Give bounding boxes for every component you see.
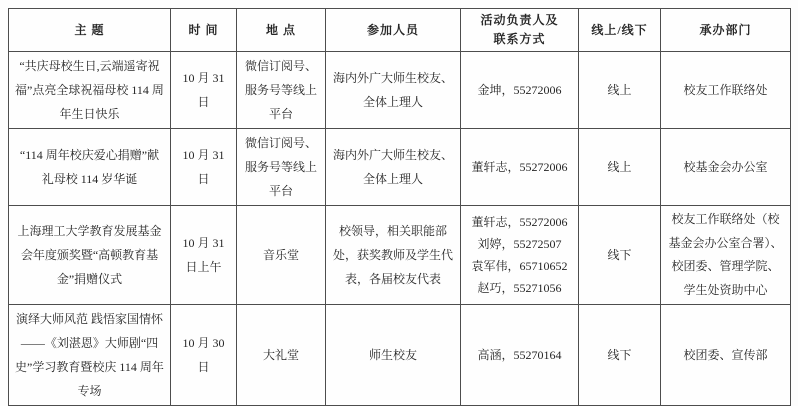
- cell-mode: 线上: [579, 129, 661, 206]
- cell-time: 10 月 31 日: [171, 129, 237, 206]
- cell-location: 微信订阅号、服务号等线上平台: [237, 52, 326, 129]
- cell-theme: 上海理工大学教育发展基金会年度颁奖暨“高顿教育基金”捐赠仪式: [9, 206, 171, 305]
- header-mode: 线上/线下: [579, 9, 661, 52]
- cell-mode: 线上: [579, 52, 661, 129]
- cell-time: 10 月 30 日: [171, 304, 237, 405]
- cell-participants: 海内外广大师生校友、全体上理人: [326, 129, 461, 206]
- cell-time: 10 月 31 日上午: [171, 206, 237, 305]
- cell-contact: 董轩志，55272006: [461, 129, 579, 206]
- header-contact: 活动负责人及 联系方式: [461, 9, 579, 52]
- table-row: 上海理工大学教育发展基金会年度颁奖暨“高顿教育基金”捐赠仪式 10 月 31 日…: [9, 206, 791, 305]
- cell-participants: 师生校友: [326, 304, 461, 405]
- cell-theme: 演绎大师风范 践悟家国情怀——《刘湛恩》大师剧“四史”学习教育暨校庆 114 周…: [9, 304, 171, 405]
- header-theme: 主 题: [9, 9, 171, 52]
- cell-contact: 高涵，55270164: [461, 304, 579, 405]
- cell-mode: 线下: [579, 304, 661, 405]
- cell-department: 校团委、宣传部: [661, 304, 791, 405]
- table-row: “共庆母校生日,云端遥寄祝福”点亮全球祝福母校 114 周年生日快乐 10 月 …: [9, 52, 791, 129]
- table-row: 演绎大师风范 践悟家国情怀——《刘湛恩》大师剧“四史”学习教育暨校庆 114 周…: [9, 304, 791, 405]
- cell-location: 大礼堂: [237, 304, 326, 405]
- table-row: “114 周年校庆爱心捐赠”献礼母校 114 岁华诞 10 月 31 日 微信订…: [9, 129, 791, 206]
- header-participants: 参加人员: [326, 9, 461, 52]
- cell-time: 10 月 31 日: [171, 52, 237, 129]
- header-location: 地 点: [237, 9, 326, 52]
- cell-theme: “114 周年校庆爱心捐赠”献礼母校 114 岁华诞: [9, 129, 171, 206]
- cell-department: 校基金会办公室: [661, 129, 791, 206]
- cell-participants: 海内外广大师生校友、全体上理人: [326, 52, 461, 129]
- cell-mode: 线下: [579, 206, 661, 305]
- cell-theme: “共庆母校生日,云端遥寄祝福”点亮全球祝福母校 114 周年生日快乐: [9, 52, 171, 129]
- header-row: 主 题 时 间 地 点 参加人员 活动负责人及 联系方式 线上/线下 承办部门: [9, 9, 791, 52]
- cell-location: 微信订阅号、服务号等线上平台: [237, 129, 326, 206]
- cell-department: 校友工作联络处（校基金会办公室合署）、校团委、管理学院、学生处资助中心: [661, 206, 791, 305]
- document-page: 主 题 时 间 地 点 参加人员 活动负责人及 联系方式 线上/线下 承办部门 …: [0, 0, 798, 361]
- cell-location: 音乐堂: [237, 206, 326, 305]
- cell-department: 校友工作联络处: [661, 52, 791, 129]
- cell-participants: 校领导，相关职能部处，获奖教师及学生代表，各届校友代表: [326, 206, 461, 305]
- anniversary-activities-table: 主 题 时 间 地 点 参加人员 活动负责人及 联系方式 线上/线下 承办部门 …: [8, 8, 791, 406]
- header-time: 时 间: [171, 9, 237, 52]
- cell-contact: 董轩志，55272006 刘婷，55272507 袁军伟，65710652 赵巧…: [461, 206, 579, 305]
- cell-contact: 金坤，55272006: [461, 52, 579, 129]
- header-department: 承办部门: [661, 9, 791, 52]
